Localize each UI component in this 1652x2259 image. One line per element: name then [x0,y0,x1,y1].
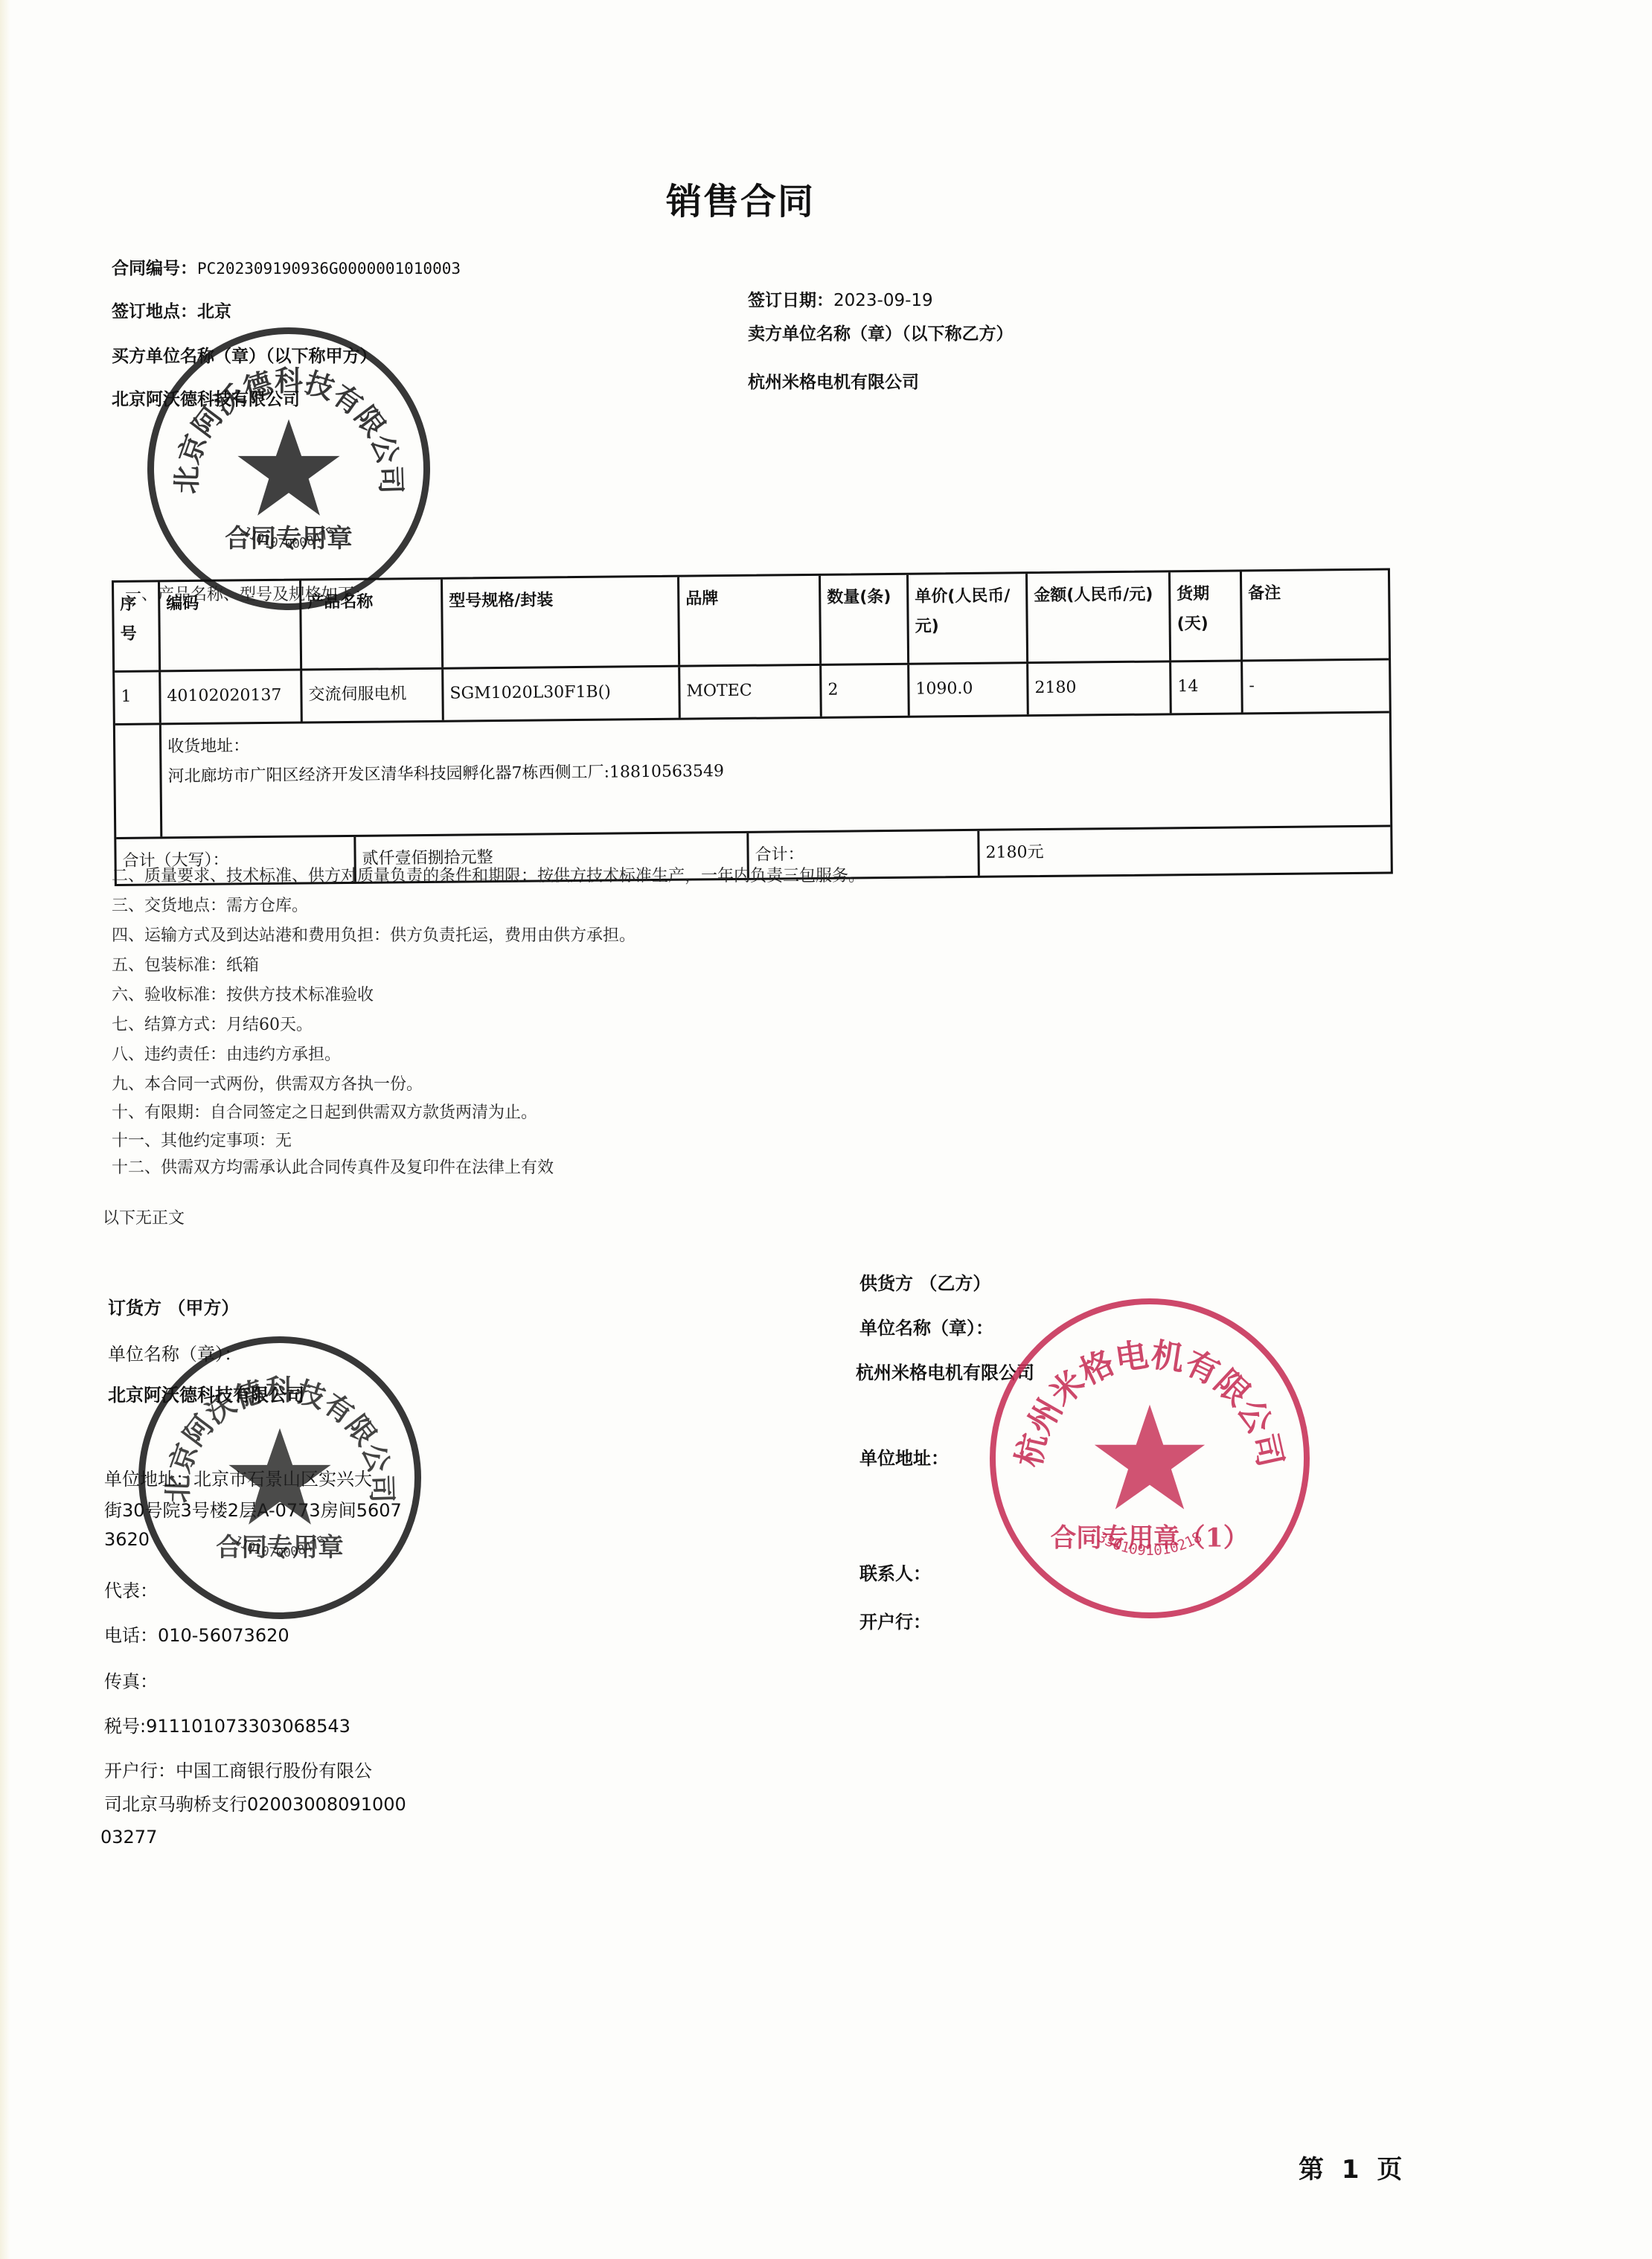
sign-place-label: 签订地点： [112,302,197,321]
header-model: 型号规格/封装 [443,577,680,667]
cell-model: SGM1020L30F1B() [444,667,681,720]
clause-item: 五、包装标准：纸箱 [112,952,259,975]
header-remark: 备注 [1242,571,1389,660]
contract-number-label: 合同编号： [112,259,197,278]
header-amount: 金额(人民币/元) [1028,572,1171,661]
clause-item: 四、运输方式及到达站港和费用负担：供方负责托运，费用由供方承担。 [112,923,635,946]
sign-date: 签订日期：2023-09-19 [748,286,933,311]
total-value: 2180元 [979,827,1391,876]
products-table: 序号 编码 产品名称 型号规格/封装 品牌 数量(条) 单价(人民币/元) 金额… [112,568,1393,886]
stamp-star-icon: 杭州米格电机有限公司 合同专用章（1） 3301091010218 [996,1304,1304,1612]
party-a-fax: 传真： [104,1667,158,1693]
contract-number-value: PC20230919093​6G0000001010003 [197,260,461,278]
table-header-row: 序号 编码 产品名称 型号规格/封装 品牌 数量(条) 单价(人民币/元) 金额… [114,571,1389,673]
buyer-company-stamp: 北京阿沃德科技有限公司 合同专用章 1101070008475 [147,327,430,610]
sign-place-value: 北京 [197,302,231,321]
party-a-bank-line3: 03277 [100,1827,157,1848]
address-spacer [115,725,162,837]
header-brand: 品牌 [679,576,822,665]
party-b-name-label: 单位名称（章）： [859,1313,993,1339]
party-a-address-line3: 3620 [104,1529,150,1550]
party-a-tax-number: 税号:91110107330306854​3 [104,1711,350,1737]
sign-place: 签订地点：北京 [112,298,231,322]
header-quantity: 数量(条) [821,575,909,664]
clause-item: 八、违约责任：由违约方承担。 [112,1042,341,1065]
end-note: 以下无正文 [103,1205,185,1228]
clause-item: 十二、供需双方均需承认此合同传真件及复印件在法律上有效 [112,1155,554,1178]
cell-unit-price: 1090.0 [909,664,1029,716]
cell-remark: - [1243,661,1389,713]
cell-amount: 2180 [1028,662,1172,714]
cell-index: 1 [115,672,161,723]
party-a-bank-line1: 开户行：中国工商银行股份有限公 [104,1756,372,1782]
cell-brand: MOTEC [680,666,822,718]
header-lead-time: 货期(天) [1171,571,1243,660]
delivery-address-cell: 收货地址： 河北廊坊市广阳区经济开发区清华科技园孵化器7栋西侧工厂:188105… [161,714,1390,837]
clause-item: 十、有限期：自合同签定之日起到供需双方款货两清为止。 [112,1100,537,1123]
delivery-address-row: 收货地址： 河北廊坊市广阳区经济开发区清华科技园孵化器7栋西侧工厂:188105… [115,714,1390,839]
party-b-address-label: 单位地址： [859,1443,949,1470]
cell-product-name: 交流伺服电机 [302,670,444,722]
party-b-contact-label: 联系人： [859,1559,931,1585]
clause-item: 三、交货地点：需方仓库。 [112,893,308,916]
stamp-star-icon: 北京阿沃德科技有限公司 合同专用章 1101070008475 [145,1343,414,1612]
scan-page-edge [0,0,10,2259]
document-title: 销售合同 [666,173,815,224]
contract-number: 合同编号：PC20230919093​6G0000001010003 [112,254,461,279]
party-a-bank-line2: 司北京马驹桥支行02003008091000 [104,1789,406,1816]
party-b-heading: 供货方 （乙方） [859,1269,990,1295]
party-b-bank-label: 开户行： [859,1607,931,1633]
header-unit-price: 单价(人民币/元) [909,574,1028,663]
clause-item: 七、结算方式：月结60天。 [112,1012,313,1035]
seller-name: 杭州米格电机有限公司 [748,368,919,393]
cell-lead-time: 14 [1171,661,1243,713]
seller-label: 卖方单位名称（章）（以下称乙方） [748,320,1014,345]
sign-date-value: 2023-09-19 [833,291,933,310]
clause-item: 九、本合同一式两份，供需双方各执一份。 [112,1071,423,1095]
seller-contract-stamp: 杭州米格电机有限公司 合同专用章（1） 3301091010218 [990,1298,1310,1618]
header-product-name: 产品名称 [301,580,444,669]
header-index: 序号 [114,582,161,670]
party-a-phone: 电话：010-56073620 [104,1621,289,1647]
buyer-contract-stamp: 北京阿沃德科技有限公司 合同专用章 1101070008475 [138,1336,421,1619]
cell-quantity: 2 [822,665,910,717]
header-code: 编码 [160,581,302,670]
page-number: 第 1 页 [1299,2149,1406,2185]
party-a-heading: 订货方 （甲方） [108,1293,239,1319]
sign-date-label: 签订日期： [748,291,833,310]
stamp-star-icon: 北京阿沃德科技有限公司 合同专用章 1101070008475 [154,334,423,603]
clause-item: 二、质量要求、技术标准、供方对质量负责的条件和期限：按供方技术标准生产，一年内负… [112,863,865,886]
clause-item: 六、验收标准：按供方技术标准验收 [112,982,374,1005]
clause-item: 十一、其他约定事项：无 [112,1128,292,1151]
cell-code: 4010202013​7 [161,671,303,723]
